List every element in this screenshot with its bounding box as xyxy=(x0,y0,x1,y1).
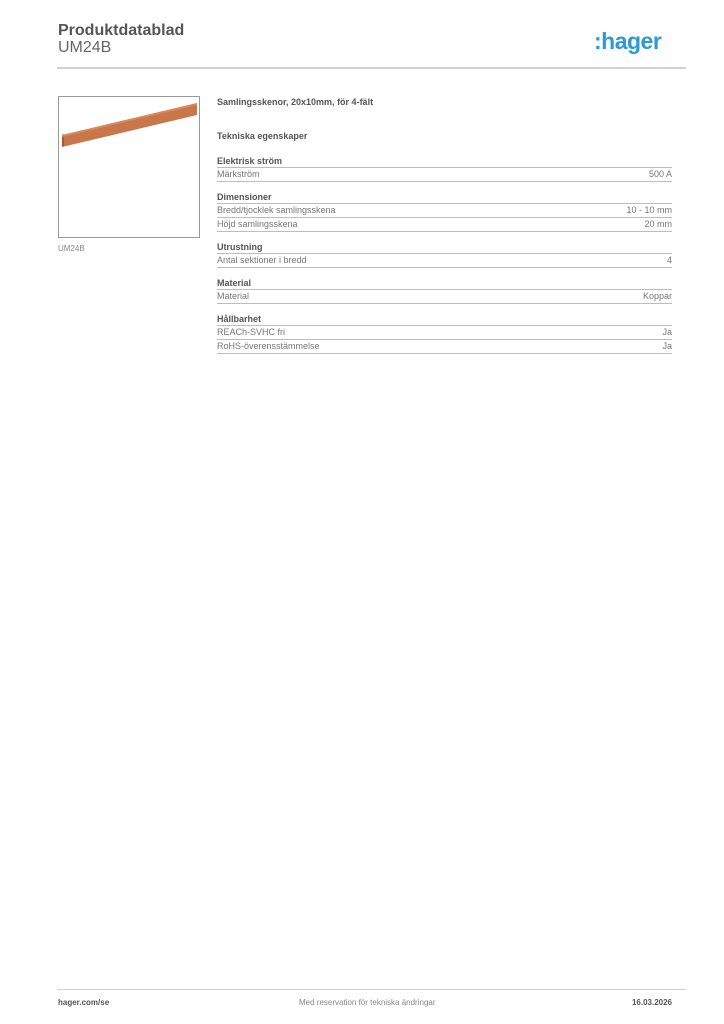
property-value: Koppar xyxy=(643,290,672,303)
product-code: UM24B xyxy=(58,39,111,57)
property-section: HållbarhetREACh-SVHC friJaRoHS-överensst… xyxy=(217,313,672,354)
property-row: MaterialKoppar xyxy=(217,290,672,304)
page-title: Produktdatablad xyxy=(58,22,184,40)
image-caption: UM24B xyxy=(58,244,85,253)
section-heading: Dimensioner xyxy=(217,191,672,204)
property-section: Elektrisk strömMärkström500 A xyxy=(217,155,672,182)
property-row: RoHS-överensstämmelseJa xyxy=(217,340,672,354)
property-row: Bredd/tjocklek samlingsskena10 - 10 mm xyxy=(217,204,672,218)
property-label: Höjd samlingsskena xyxy=(217,218,298,231)
footer-disclaimer: Med reservation för tekniska ändringar xyxy=(299,998,436,1007)
property-section: DimensionerBredd/tjocklek samlingsskena1… xyxy=(217,191,672,232)
property-row: Antal sektioner i bredd4 xyxy=(217,254,672,268)
property-label: Märkström xyxy=(217,168,260,181)
property-row: Märkström500 A xyxy=(217,168,672,182)
property-label: RoHS-överensstämmelse xyxy=(217,340,320,353)
footer-website-link[interactable]: hager.com/se xyxy=(58,998,109,1007)
busbar-illustration xyxy=(59,97,199,237)
property-sections: Elektrisk strömMärkström500 ADimensioner… xyxy=(217,155,672,354)
technical-properties-title: Tekniska egenskaper xyxy=(217,130,672,155)
product-image xyxy=(58,96,200,238)
section-heading: Utrustning xyxy=(217,241,672,254)
footer-divider xyxy=(57,989,686,990)
property-label: REACh-SVHC fri xyxy=(217,326,285,339)
property-value: 20 mm xyxy=(644,218,672,231)
property-value: 500 A xyxy=(649,168,672,181)
section-heading: Hållbarhet xyxy=(217,313,672,326)
property-label: Material xyxy=(217,290,249,303)
property-value: 4 xyxy=(667,254,672,267)
property-value: 10 - 10 mm xyxy=(626,204,672,217)
property-value: Ja xyxy=(662,340,672,353)
property-row: REACh-SVHC friJa xyxy=(217,326,672,340)
property-label: Bredd/tjocklek samlingsskena xyxy=(217,204,336,217)
hager-logo: :hager xyxy=(594,28,661,54)
property-row: Höjd samlingsskena20 mm xyxy=(217,218,672,232)
footer-date: 16.03.2026 xyxy=(632,998,672,1007)
property-label: Antal sektioner i bredd xyxy=(217,254,307,267)
product-description: Samlingsskenor, 20x10mm, för 4-fält xyxy=(217,96,672,130)
header-divider xyxy=(57,67,686,69)
property-section: UtrustningAntal sektioner i bredd4 xyxy=(217,241,672,268)
property-value: Ja xyxy=(662,326,672,339)
property-section: MaterialMaterialKoppar xyxy=(217,277,672,304)
section-heading: Material xyxy=(217,277,672,290)
product-details: Samlingsskenor, 20x10mm, för 4-fält Tekn… xyxy=(217,96,672,363)
section-heading: Elektrisk ström xyxy=(217,155,672,168)
